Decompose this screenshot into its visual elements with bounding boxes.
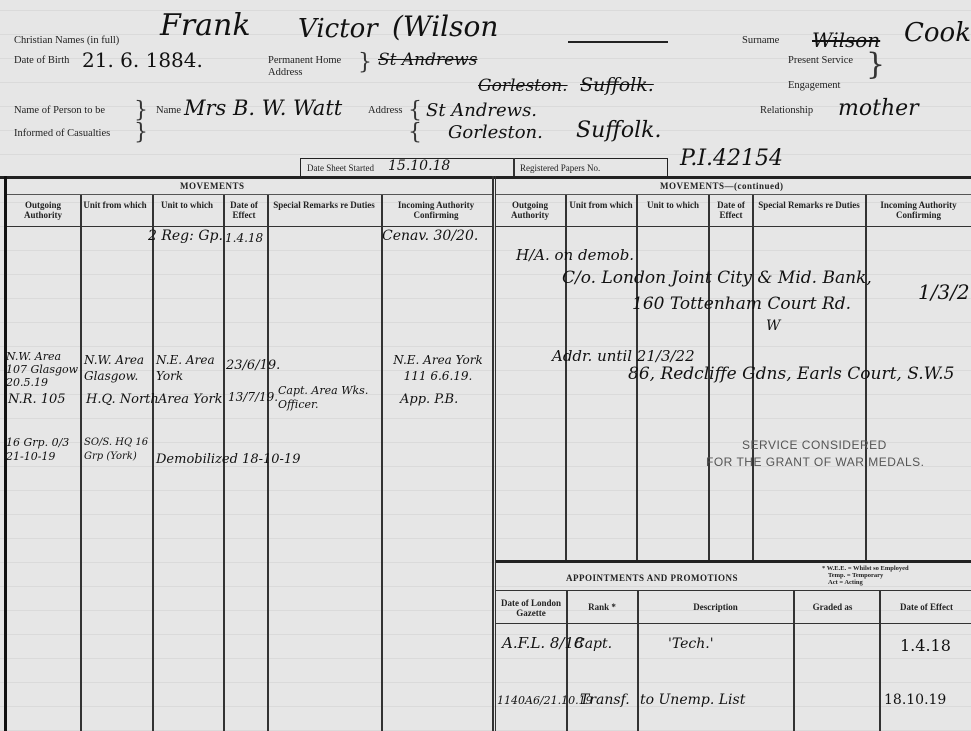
movements-title: MOVEMENTS: [180, 181, 245, 191]
christian-names-label: Christian Names (in full): [14, 35, 119, 46]
movement-row-3-incoming: App. P.B.: [400, 392, 458, 407]
permanent-home-label-2: Address: [268, 67, 302, 78]
col-divider: [793, 590, 795, 731]
appointment-row-1-gazette: A.F.L. 8/18: [502, 634, 584, 652]
appointment-row-2-rank: Transf.: [580, 692, 630, 708]
center-divider-2: [495, 176, 496, 731]
casualty-address-2: Gorleston.: [448, 122, 543, 143]
service-record-sheet: Christian Names (in full) Frank Victor (…: [0, 0, 971, 731]
movements-continued-title-rule: [496, 194, 971, 195]
col-unit-from: Unit from which: [80, 200, 150, 210]
appointment-row-1-effect: 1.4.18: [900, 636, 951, 655]
movement-row-1-date: 1.4.18: [225, 231, 263, 245]
brace-icon: }: [134, 100, 148, 122]
continued-note-1: H/A. on demob.: [516, 246, 634, 264]
col-cont-outgoing-authority: Outgoing Authority: [496, 200, 564, 220]
casualty-name-value: Mrs B. W. Watt: [184, 96, 342, 120]
movement-row-2-to: N.E. Area York: [156, 352, 222, 384]
movements-continued-title: MOVEMENTS—(continued): [660, 181, 784, 191]
col-incoming-authority: Incoming Authority Confirming: [382, 200, 490, 220]
movement-row-4-from: SO/S. HQ 16 Grp (York): [84, 436, 152, 464]
movement-row-2-incoming: N.E. Area York 111 6.6.19.: [386, 352, 490, 384]
christian-name-3: (Wilson: [392, 10, 498, 43]
medals-stamp-line-2: FOR THE GRANT OF WAR MEDALS.: [706, 455, 924, 469]
date-sheet-started-value: 15.10.18: [388, 158, 450, 174]
brace-icon: {: [408, 122, 422, 144]
col-divider: [637, 590, 639, 731]
movement-row-2-date: 23/6/19.: [226, 358, 280, 373]
col-divider: [152, 195, 154, 731]
casualty-label-1: Name of Person to be: [14, 105, 105, 116]
col-date-of-effect: Date of Effect: [223, 200, 265, 220]
col-date-of-effect-appt: Date of Effect: [882, 602, 971, 612]
continued-note-5: Addr. until 21/3/22: [552, 347, 695, 365]
date-of-birth-value: 21. 6. 1884.: [82, 48, 203, 72]
casualty-address-label: Address: [368, 105, 402, 116]
movement-row-3-remarks: Capt. Area Wks. Officer.: [278, 384, 378, 412]
casualty-address-1: St Andrews.: [426, 100, 537, 121]
christian-name-2: Victor: [298, 14, 378, 44]
appointment-row-2-gazette: 1140A6/21.10.19: [497, 694, 593, 707]
appointment-row-2-description: to Unemp. List: [640, 692, 745, 708]
present-service-label: Present Service: [788, 55, 853, 66]
casualty-name-label: Name: [156, 105, 181, 116]
date-of-birth-label: Date of Birth: [14, 55, 69, 66]
continued-note-3: 160 Tottenham Court Rd.: [632, 294, 851, 314]
permanent-home-label: Permanent Home: [268, 55, 341, 66]
brace-icon: }: [134, 122, 148, 144]
movement-row-3-to: Area York: [158, 392, 223, 407]
permanent-home-struck-2: Gorleston.: [478, 76, 568, 96]
relationship-value: mother: [838, 96, 919, 121]
movement-row-4-outgoing: 16 Grp. 0/3 21-10-19: [6, 436, 80, 464]
col-cont-special-remarks: Special Remarks re Duties: [754, 200, 864, 210]
col-divider: [381, 195, 383, 731]
casualty-address-3: Suffolk.: [576, 118, 661, 143]
appointment-row-1-description: 'Tech.': [668, 636, 714, 652]
registered-papers-value: P.I.42154: [680, 146, 783, 171]
christian-name-1: Frank: [160, 8, 251, 43]
col-london-gazette: Date of London Gazette: [496, 598, 566, 618]
movements-continued-header-rule: [496, 226, 971, 227]
appointments-rule: [496, 560, 971, 563]
continued-note-6: 86, Redcliffe Gdns, Earls Court, S.W.5: [628, 364, 954, 384]
casualty-label-2: Informed of Casualties: [14, 128, 110, 139]
brace-icon: }: [358, 52, 372, 74]
permanent-home-struck-1: St Andrews: [378, 50, 477, 70]
col-outgoing-authority: Outgoing Authority: [7, 200, 79, 220]
date-sheet-started-label: Date Sheet Started: [307, 163, 374, 173]
continued-note-4: W: [766, 318, 780, 334]
movement-row-2-from: N.W. Area Glasgow.: [84, 352, 152, 384]
movement-row-3-outgoing: N.R. 105: [8, 392, 66, 407]
name-blank-line: [568, 41, 668, 43]
center-divider: [492, 176, 494, 731]
col-divider: [879, 590, 881, 731]
col-rank: Rank *: [567, 602, 637, 612]
header-rule: [0, 176, 971, 179]
col-cont-date-of-effect: Date of Effect: [710, 200, 752, 220]
col-description: Description: [638, 602, 793, 612]
divider: [513, 158, 515, 176]
medals-stamp-line-1: SERVICE CONSIDERED: [742, 438, 887, 452]
appointments-title: APPOINTMENTS AND PROMOTIONS: [566, 573, 738, 583]
movement-row-1-incoming: Cenav. 30/20.: [382, 228, 478, 244]
continued-margin-note: 1/3/2: [918, 280, 970, 304]
appointments-legend-2: Temp. = Temporary: [828, 572, 883, 579]
engagement-label: Engagement: [788, 80, 840, 91]
col-cont-unit-from: Unit from which: [566, 200, 636, 210]
col-cont-unit-to: Unit to which: [638, 200, 708, 210]
movement-row-2-outgoing: N.W. Area 107 Glasgow 20.5.19: [6, 350, 80, 389]
relationship-label: Relationship: [760, 105, 813, 116]
movement-row-3-date: 13/7/19.: [228, 390, 278, 404]
col-special-remarks: Special Remarks re Duties: [268, 200, 380, 210]
appointment-row-2-effect: 18.10.19: [884, 692, 946, 708]
permanent-home-struck-3: Suffolk.: [580, 74, 654, 96]
registered-papers-label: Registered Papers No.: [520, 163, 600, 173]
movement-row-4-to: Demobilized 18-10-19: [156, 452, 300, 467]
col-graded-as: Graded as: [795, 602, 870, 612]
movement-row-3-from: H.Q. North: [86, 392, 159, 407]
col-cont-incoming-authority: Incoming Authority Confirming: [866, 200, 971, 220]
brace-icon: {: [408, 100, 422, 122]
col-divider: [566, 590, 568, 731]
surname-value: Cook.: [904, 18, 971, 48]
appointment-row-1-rank: Capt.: [574, 636, 612, 652]
continued-note-2: C/o. London Joint City & Mid. Bank,: [562, 268, 872, 288]
brace-icon: }: [866, 54, 885, 76]
appointments-legend-1: * W.E.E. = Whilst so Employed: [822, 565, 909, 572]
movement-row-1-to: 2 Reg: Gp.: [148, 228, 223, 244]
col-unit-to: Unit to which: [152, 200, 222, 210]
col-divider: [80, 195, 82, 731]
surname-label: Surname: [742, 35, 779, 46]
appointments-legend-3: Act = Acting: [828, 579, 863, 586]
